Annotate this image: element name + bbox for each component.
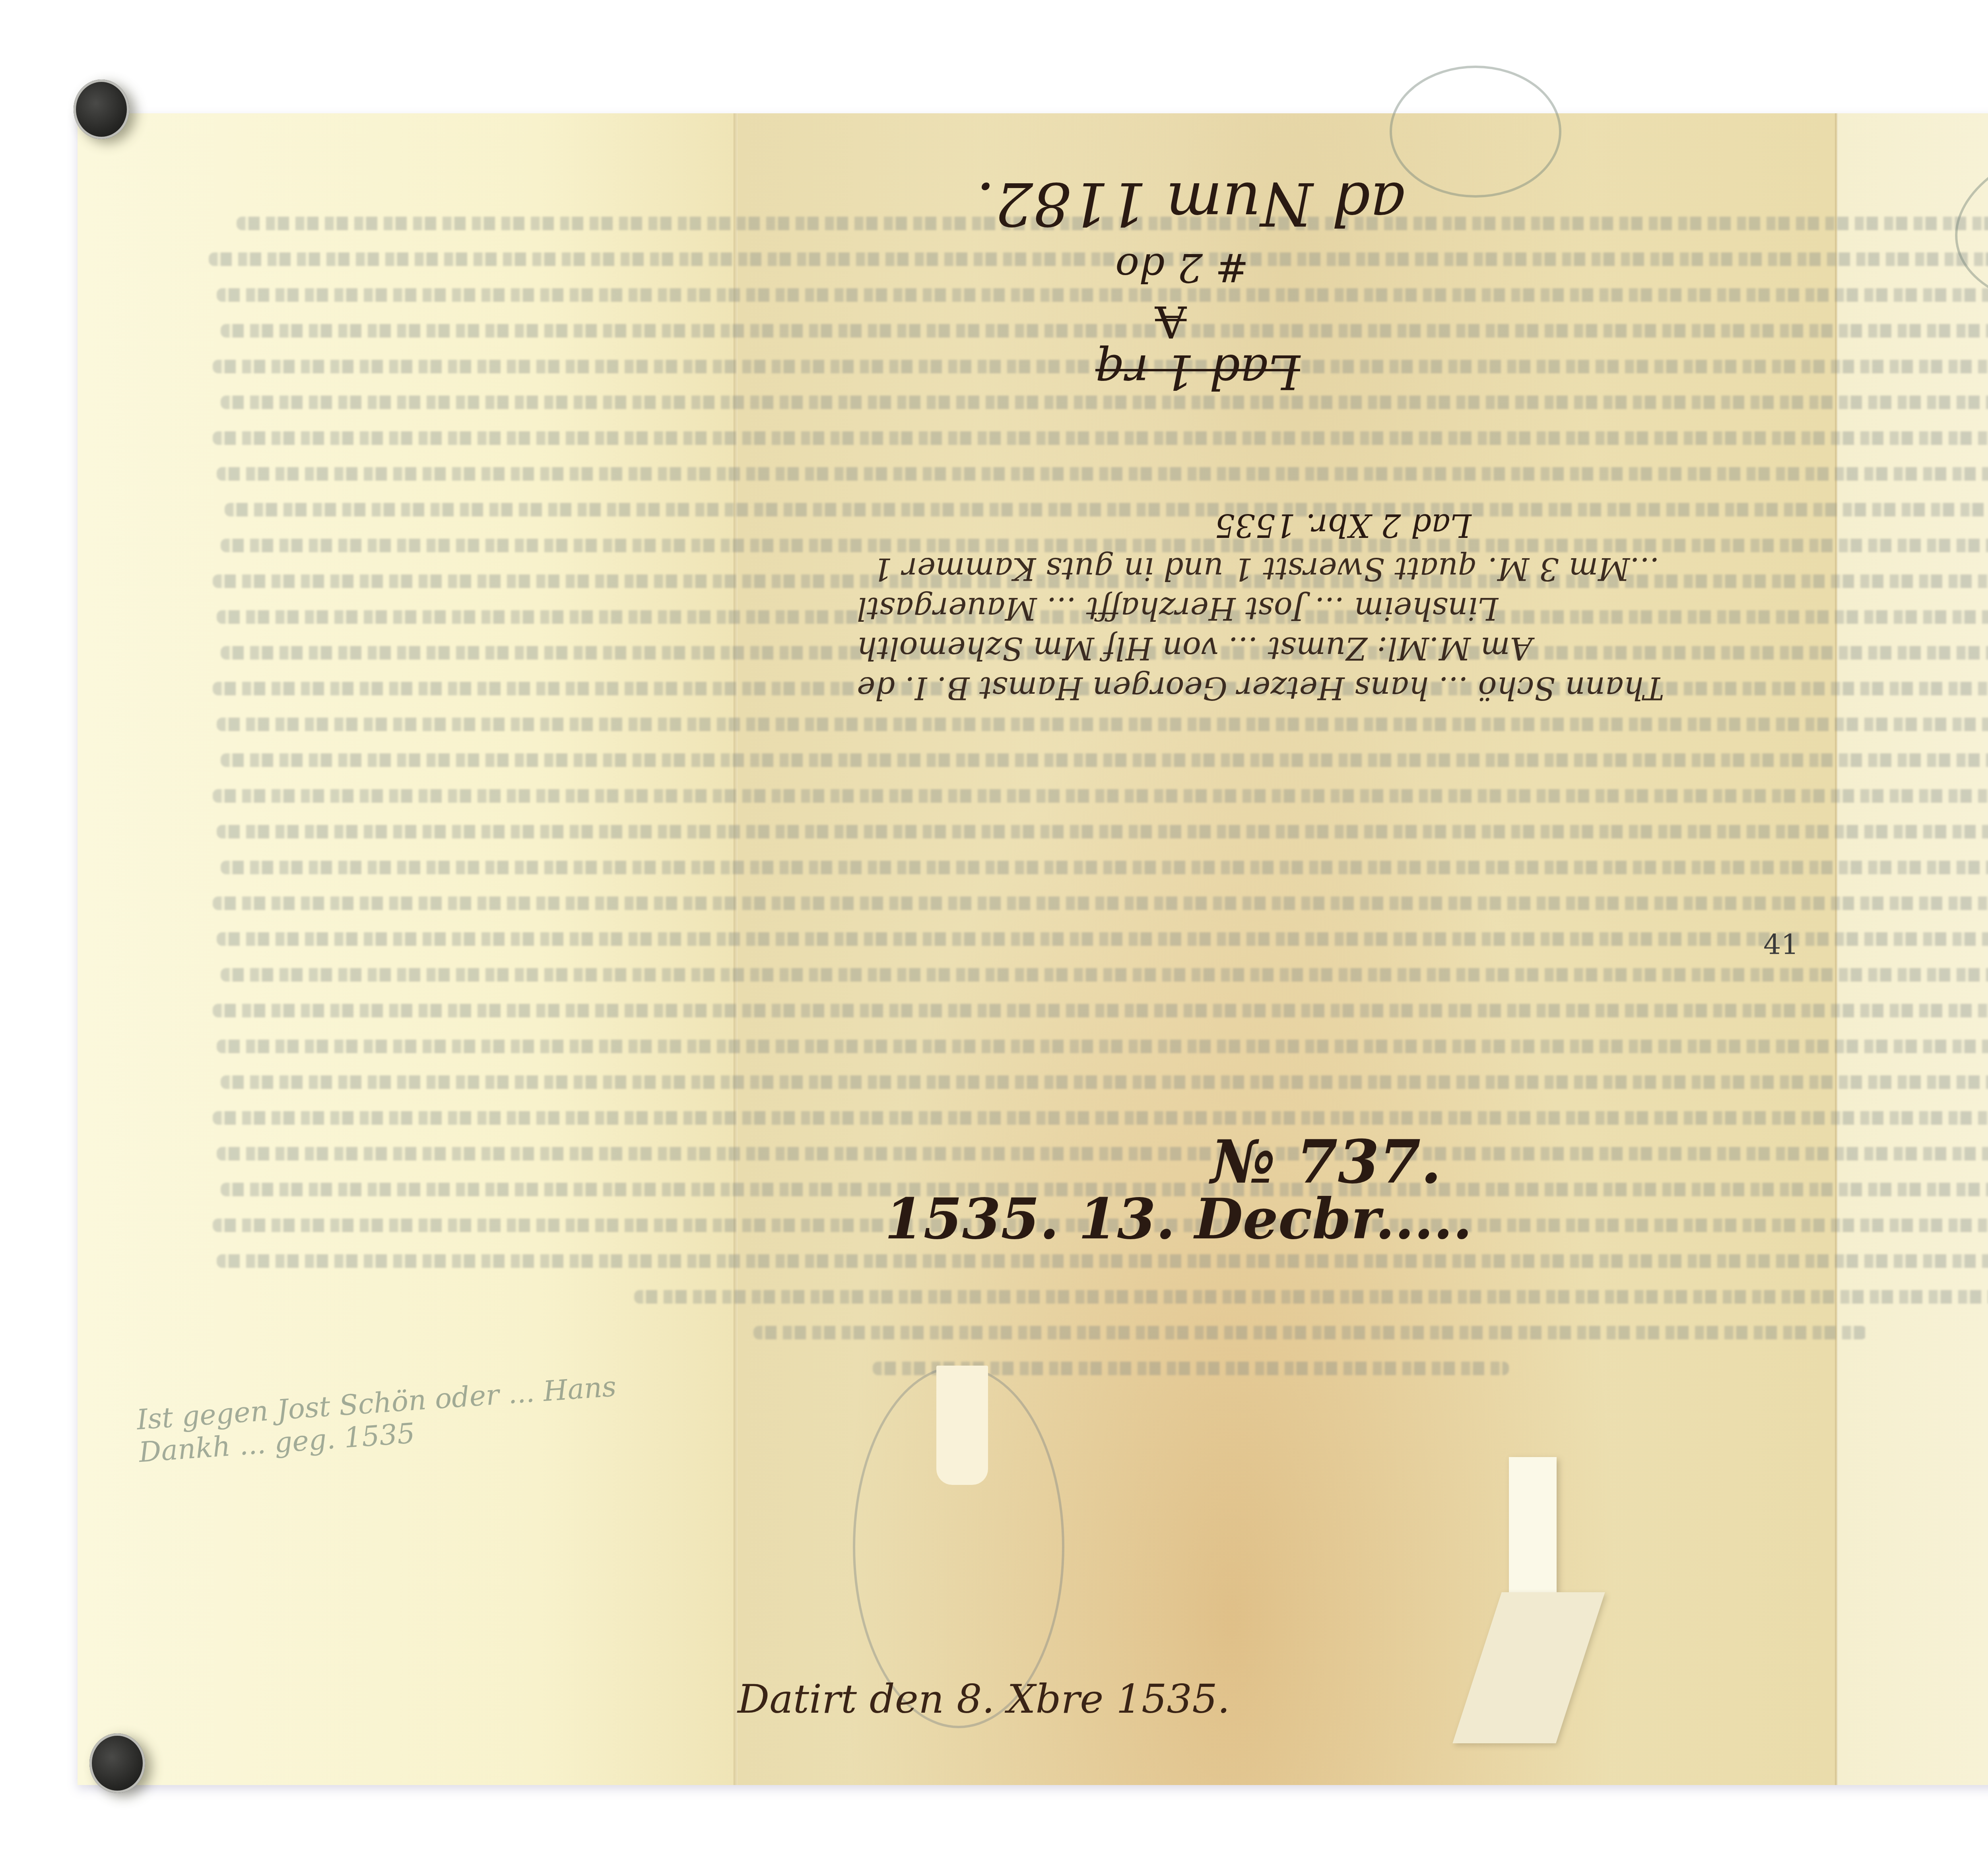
annotation-number-mark: # 2 do — [1115, 244, 1248, 291]
annotation-struck-signature: Lad 1 rq — [1095, 344, 1300, 399]
seal-slit — [936, 1366, 988, 1485]
annotation-letter-a: A — [1155, 296, 1186, 347]
magnet-weight-bottom-left — [89, 1733, 145, 1793]
inverted-text-line: Am M.Ml: Zumst ... von Hlf Mm Szhemolth — [857, 630, 1532, 666]
magnet-weight-top-left — [74, 80, 129, 139]
inverted-text-line: ...Mm 3 M. quatt Swerstt 1 und in guts K… — [873, 551, 1660, 586]
inverted-text-line: Thann Schö ... hans Hetzer Georgen Hamst… — [857, 670, 1664, 706]
inverted-text-line: Linsheim ... Jost Herzhafft ... Mauergas… — [857, 590, 1498, 626]
document-sheet: ad Num 1182. # 2 do A Lad 1 rq Lad 2 Xbr… — [78, 113, 1988, 1785]
annotation-ad-num: ad Num 1182. — [976, 169, 1406, 238]
archive-date: 1535. 13. Decbr..... — [885, 1187, 1472, 1252]
bottom-dated-note: Datirt den 8. Xbre 1535. — [738, 1676, 1230, 1722]
annotation-inverted-date: Lad 2 Xbr. 1535 — [1215, 507, 1472, 544]
seal-tag-strip — [1509, 1457, 1557, 1592]
flourish-decoration — [1390, 66, 1561, 198]
folio-number: 41 — [1763, 928, 1799, 961]
